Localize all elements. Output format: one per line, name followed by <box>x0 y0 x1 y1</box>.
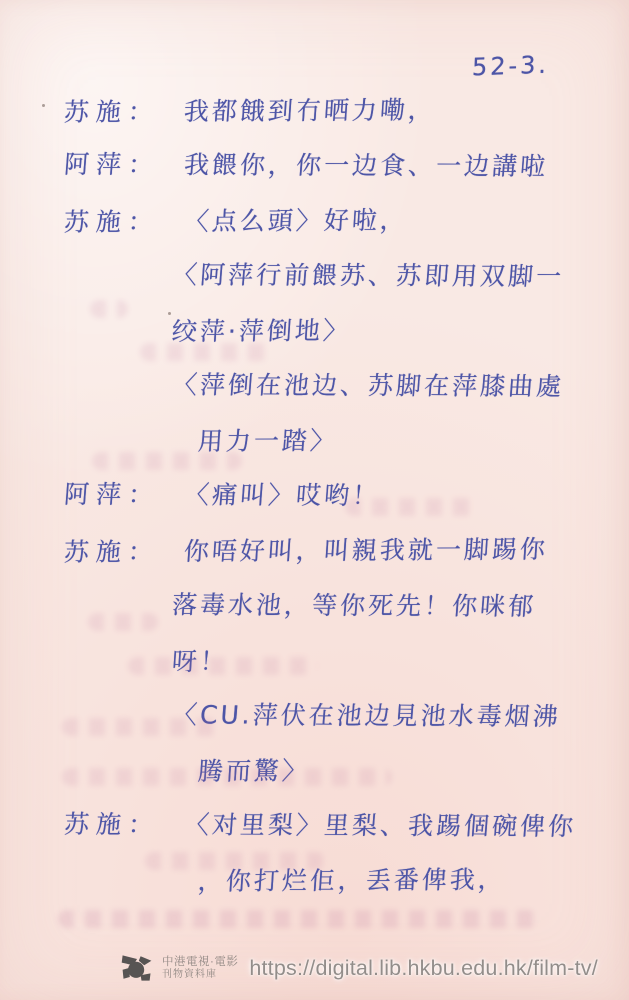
watermark-title: 中港電視·電影 刊物資料庫 <box>162 955 238 982</box>
script-line: 苏施：〈点么頭〉好啦， <box>64 204 619 262</box>
line-text: ，你打烂佢，丢番俾我， <box>197 865 507 897</box>
line-text: 〈对里梨〉里梨、我踢個碗俾你 <box>183 810 577 842</box>
line-text: 用力一踏〉 <box>197 426 339 457</box>
page-number: 52-3. <box>472 51 550 82</box>
line-text: 你唔好叫，叫親我就一脚踢你 <box>183 535 549 567</box>
line-text: 〈痛叫〉哎哟！ <box>183 480 381 511</box>
speaker-name: 苏施： <box>63 537 169 568</box>
script-line: 阿萍：〈痛叫〉哎哟！ <box>64 480 619 537</box>
script-line: 苏施：你唔好叫，叫親我就一脚踢你 <box>64 534 619 592</box>
script-line: 〈CU.萍伏在池边見池水毒烟沸 <box>64 700 619 757</box>
script-line: 呀！ <box>64 644 619 702</box>
script-line: 阿萍：我餵你，你一边食、一边講啦 <box>64 150 619 207</box>
line-text: 〈点么頭〉好啦， <box>183 206 409 237</box>
watermark-url: https://digital.lib.hkbu.edu.hk/film-tv/ <box>249 956 598 981</box>
line-text: 绞萍·萍倒地〉 <box>171 316 352 347</box>
indent-spacer <box>64 427 198 428</box>
script-line: 〈萍倒在池边、苏脚在萍膝曲處 <box>64 370 619 427</box>
line-text: 呀！ <box>171 647 229 677</box>
speaker-name: 苏施： <box>63 810 169 840</box>
script-lines: 苏施：我都餓到冇晒力嘞，阿萍：我餵你，你一边食、一边講啦苏施：〈点么頭〉好啦，〈… <box>64 96 619 921</box>
watermark-title-line2: 刊物資料庫 <box>162 969 238 982</box>
line-text: 〈CU.萍伏在池边見池水毒烟沸 <box>171 700 562 732</box>
line-text: 〈萍倒在池边、苏脚在萍膝曲處 <box>171 370 565 402</box>
line-text: 落毒水池，等你死先！你咪郁 <box>171 590 537 622</box>
speaker-name: 苏施： <box>63 97 169 128</box>
paper-speck <box>42 104 45 107</box>
indent-spacer <box>64 647 172 648</box>
script-line: 腾而驚〉 <box>64 754 619 812</box>
script-line: 苏施：我都餓到冇晒力嘞， <box>64 94 619 152</box>
line-text: 〈阿萍行前餵苏、苏即用双脚一 <box>171 260 565 292</box>
script-line: 绞萍·萍倒地〉 <box>64 314 619 372</box>
speaker-name: 阿萍： <box>63 150 169 180</box>
watermark: 中港電視·電影 刊物資料庫 https://digital.lib.hkbu.e… <box>119 950 598 986</box>
paper-speck <box>168 312 171 315</box>
line-text: 我都餓到冇晒力嘞， <box>183 95 437 127</box>
watermark-title-line1: 中港電視·電影 <box>162 955 238 969</box>
script-line: 苏施：〈对里梨〉里梨、我踢個碗俾你 <box>64 810 619 867</box>
indent-spacer <box>64 757 198 758</box>
speaker-name: 苏施： <box>63 207 169 238</box>
scanned-script-page: 52-3. 苏施：我都餓到冇晒力嘞，阿萍：我餵你，你一边食、一边講啦苏施：〈点么… <box>0 0 629 1000</box>
indent-spacer <box>64 867 198 868</box>
line-text: 我餵你，你一边食、一边講啦 <box>183 150 549 182</box>
indent-spacer <box>64 317 172 318</box>
speaker-name: 阿萍： <box>63 480 169 510</box>
script-line: ，你打烂佢，丢番俾我， <box>64 864 619 922</box>
script-line: 用力一踏〉 <box>64 424 619 482</box>
film-camera-logo <box>119 950 155 986</box>
line-text: 腾而驚〉 <box>197 756 311 787</box>
script-line: 落毒水池，等你死先！你咪郁 <box>64 590 619 647</box>
script-line: 〈阿萍行前餵苏、苏即用双脚一 <box>64 260 619 317</box>
